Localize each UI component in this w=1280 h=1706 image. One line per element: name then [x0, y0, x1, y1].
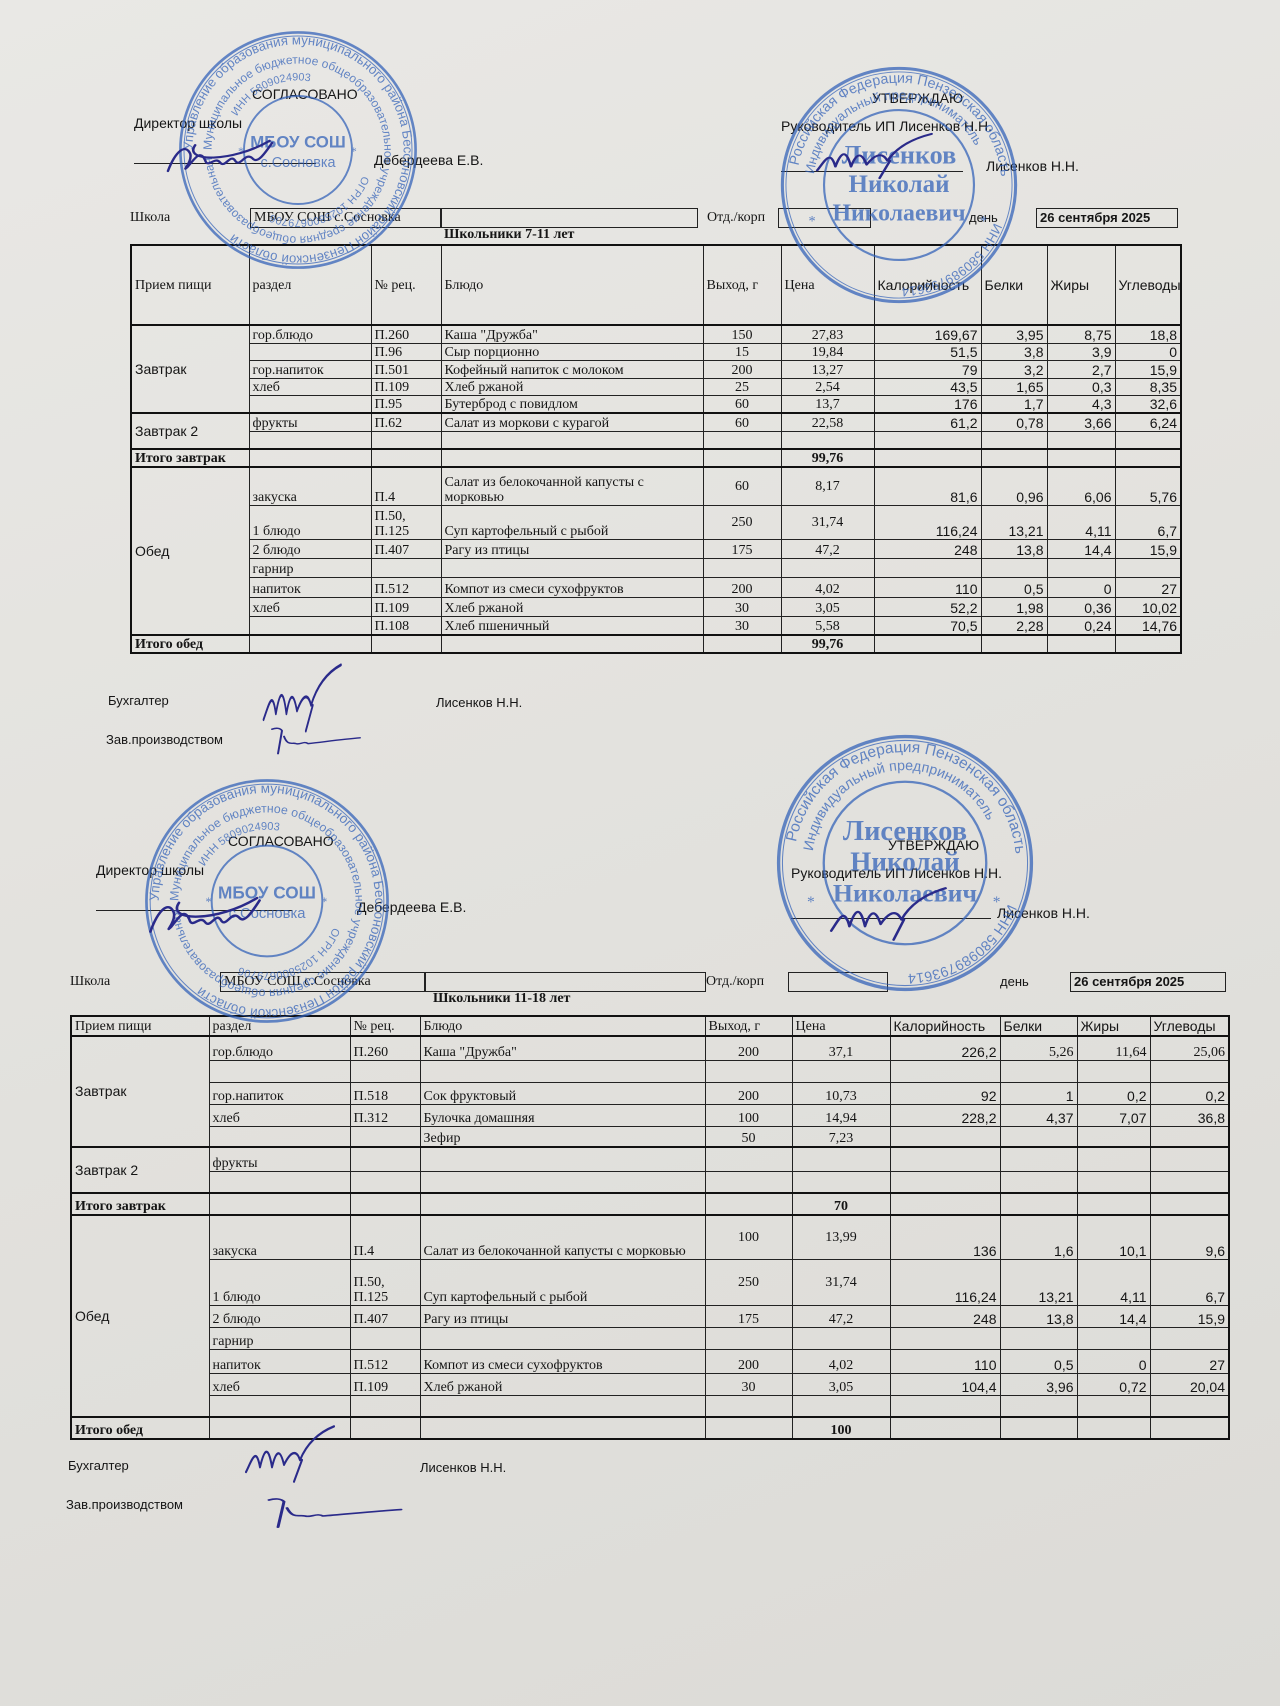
cell-yield: 60	[703, 395, 781, 413]
column-header: Белки	[1000, 1016, 1077, 1036]
production-manager-label: Зав.производством	[106, 732, 223, 747]
cell-price	[792, 1171, 890, 1193]
cell-recipe: П.109	[371, 378, 441, 395]
table-row: 2 блюдоП.407Рагу из птицы17547,224813,81…	[71, 1305, 1229, 1327]
cell-yield	[705, 1327, 792, 1349]
cell-recipe: П.96	[371, 343, 441, 360]
cell-price: 13,7	[781, 395, 874, 413]
cell-recipe	[371, 558, 441, 577]
empty-cell	[1000, 1193, 1077, 1215]
cell-section: гарнир	[209, 1327, 350, 1349]
cell-fat: 0,24	[1047, 616, 1115, 635]
director-role-label: Директор школы	[134, 115, 242, 131]
school-label: Школа	[70, 974, 110, 990]
column-header: Жиры	[1077, 1016, 1150, 1036]
empty-cell	[420, 1193, 705, 1215]
cell-recipe: П.4	[350, 1215, 420, 1259]
svg-text:МБОУ СОШ: МБОУ СОШ	[218, 883, 316, 903]
meal-label: Завтрак	[71, 1036, 209, 1147]
svg-text:МБОУ СОШ: МБОУ СОШ	[250, 133, 345, 152]
cell-recipe: П.518	[350, 1082, 420, 1104]
cell-price: 4,02	[781, 577, 874, 597]
empty-cell	[1077, 1417, 1150, 1439]
table-row: 1 блюдоП.50, П.125Суп картофельный с рыб…	[71, 1259, 1229, 1305]
empty-cell	[1115, 635, 1181, 653]
cell-kcal: 169,67	[874, 325, 981, 343]
cell-dish: Хлеб ржаной	[420, 1373, 705, 1395]
empty-cell	[705, 1193, 792, 1215]
empty-cell	[1000, 1417, 1077, 1439]
cell-dish: Хлеб пшеничный	[441, 616, 703, 635]
cell-kcal: 116,24	[874, 505, 981, 539]
cell-fat: 4,11	[1077, 1259, 1150, 1305]
cell-dish	[441, 431, 703, 449]
cell-price	[781, 431, 874, 449]
cell-carbs: 0	[1115, 343, 1181, 360]
cell-kcal	[890, 1171, 1000, 1193]
day-label: день	[1000, 974, 1029, 989]
cell-recipe: П.501	[371, 360, 441, 378]
cell-protein	[1000, 1171, 1077, 1193]
column-header: Блюдо	[420, 1016, 705, 1036]
cell-yield: 200	[703, 577, 781, 597]
table-row: хлебП.109Хлеб ржаной303,0552,21,980,3610…	[131, 597, 1181, 616]
empty-cell	[890, 1417, 1000, 1439]
cell-yield: 15	[703, 343, 781, 360]
cell-protein	[1000, 1327, 1077, 1349]
cell-recipe	[350, 1395, 420, 1417]
cell-carbs: 32,6	[1115, 395, 1181, 413]
cell-kcal: 110	[890, 1349, 1000, 1373]
table-row: гарнир	[71, 1327, 1229, 1349]
accountant-signature	[260, 662, 348, 734]
cell-fat	[1077, 1327, 1150, 1349]
cell-fat: 11,64	[1077, 1036, 1150, 1060]
cell-carbs	[1115, 431, 1181, 449]
cell-kcal: 43,5	[874, 378, 981, 395]
cell-recipe	[350, 1171, 420, 1193]
accountant-name: Лисенков Н.Н.	[436, 695, 522, 710]
cell-yield: 175	[705, 1305, 792, 1327]
table-row: Завтракгор.блюдоП.260Каша "Дружба"20037,…	[71, 1036, 1229, 1060]
total-price: 70	[792, 1193, 890, 1215]
cell-yield: 30	[703, 597, 781, 616]
cell-carbs	[1150, 1395, 1229, 1417]
cell-price: 22,58	[781, 413, 874, 431]
school-field-extra	[440, 208, 698, 228]
cell-carbs: 5,76	[1115, 467, 1181, 505]
production-manager-label: Зав.производством	[66, 1497, 183, 1512]
cell-fat: 0,2	[1077, 1082, 1150, 1104]
cell-dish	[420, 1327, 705, 1349]
cell-price: 37,1	[792, 1036, 890, 1060]
cell-yield: 200	[703, 360, 781, 378]
cell-protein	[981, 431, 1047, 449]
approval-left-title: СОГЛАСОВАНО	[228, 833, 334, 849]
empty-cell	[1047, 449, 1115, 467]
cell-protein	[1000, 1395, 1077, 1417]
empty-cell	[1077, 1193, 1150, 1215]
cell-yield: 200	[705, 1082, 792, 1104]
cell-protein: 4,37	[1000, 1104, 1077, 1126]
table-row: гор.напитокП.501Кофейный напиток с молок…	[131, 360, 1181, 378]
cell-section: фрукты	[249, 413, 371, 431]
total-label: Итого обед	[131, 635, 249, 653]
cell-protein	[1000, 1060, 1077, 1082]
svg-text:*: *	[238, 144, 244, 158]
cell-yield: 250	[703, 505, 781, 539]
cell-carbs: 25,06	[1150, 1036, 1229, 1060]
manager-name: Лисенков Н.Н.	[986, 158, 1079, 174]
empty-cell	[441, 635, 703, 653]
cell-dish	[420, 1060, 705, 1082]
menu-table: Прием пищираздел№ рец.БлюдоВыход, гЦенаК…	[70, 1015, 1230, 1440]
director-role-label: Директор школы	[96, 862, 204, 878]
cell-kcal	[890, 1327, 1000, 1349]
cell-carbs	[1150, 1147, 1229, 1171]
cell-fat	[1077, 1060, 1150, 1082]
empty-cell	[890, 1193, 1000, 1215]
empty-cell	[371, 635, 441, 653]
school-seal-stamp: Управление образования муниципального ра…	[178, 30, 418, 270]
cell-recipe: П.95	[371, 395, 441, 413]
table-row: хлебП.109Хлеб ржаной303,05104,43,960,722…	[71, 1373, 1229, 1395]
cell-dish	[420, 1147, 705, 1171]
meal-label: Завтрак 2	[131, 413, 249, 449]
table-row: ОбедзакускаП.4Салат из белокочанной капу…	[71, 1215, 1229, 1259]
cell-fat	[1077, 1147, 1150, 1171]
cell-price: 19,84	[781, 343, 874, 360]
cell-price: 3,05	[781, 597, 874, 616]
table-title: Школьники 7-11 лет	[444, 227, 574, 243]
cell-yield	[703, 431, 781, 449]
cell-carbs	[1115, 558, 1181, 577]
empty-cell	[1115, 449, 1181, 467]
cell-fat	[1077, 1171, 1150, 1193]
cell-yield	[705, 1171, 792, 1193]
column-header: Углеводы	[1115, 245, 1181, 325]
cell-recipe: П.109	[350, 1373, 420, 1395]
cell-price: 27,83	[781, 325, 874, 343]
cell-section: 1 блюдо	[209, 1259, 350, 1305]
cell-price: 8,17	[781, 467, 874, 505]
total-row: Итого завтрак70	[71, 1193, 1229, 1215]
cell-recipe	[350, 1327, 420, 1349]
cell-dish: Хлеб ржаной	[441, 378, 703, 395]
table-row: Завтрак 2фруктыП.62Салат из моркови с ку…	[131, 413, 1181, 431]
cell-dish: Зефир	[420, 1126, 705, 1147]
cell-fat: 0,36	[1047, 597, 1115, 616]
cell-price: 31,74	[781, 505, 874, 539]
cell-kcal	[890, 1126, 1000, 1147]
cell-fat: 10,1	[1077, 1215, 1150, 1259]
cell-section	[209, 1395, 350, 1417]
manager-signature	[826, 886, 956, 942]
cell-kcal: 226,2	[890, 1036, 1000, 1060]
cell-protein: 0,5	[981, 577, 1047, 597]
cell-recipe: П.407	[371, 539, 441, 558]
cell-price	[792, 1395, 890, 1417]
cell-kcal: 176	[874, 395, 981, 413]
cell-carbs: 15,9	[1115, 539, 1181, 558]
cell-dish: Бутерброд с повидлом	[441, 395, 703, 413]
cell-price: 31,74	[792, 1259, 890, 1305]
cell-price: 2,54	[781, 378, 874, 395]
cell-carbs: 8,35	[1115, 378, 1181, 395]
cell-kcal: 136	[890, 1215, 1000, 1259]
cell-protein: 3,2	[981, 360, 1047, 378]
cell-recipe: П.109	[371, 597, 441, 616]
department-label: Отд./корп	[707, 210, 765, 226]
cell-section: закуска	[209, 1215, 350, 1259]
empty-cell	[441, 449, 703, 467]
cell-recipe: П.512	[371, 577, 441, 597]
cell-fat: 6,06	[1047, 467, 1115, 505]
empty-cell	[703, 635, 781, 653]
cell-yield: 30	[705, 1373, 792, 1395]
accountant-label: Бухгалтер	[108, 693, 169, 708]
cell-kcal	[874, 431, 981, 449]
column-header: Цена	[781, 245, 874, 325]
cell-yield: 30	[703, 616, 781, 635]
cell-yield: 50	[705, 1126, 792, 1147]
cell-carbs: 6,24	[1115, 413, 1181, 431]
total-label: Итого обед	[71, 1417, 209, 1439]
cell-yield	[705, 1147, 792, 1171]
cell-kcal: 70,5	[874, 616, 981, 635]
cell-price: 14,94	[792, 1104, 890, 1126]
empty-cell	[874, 449, 981, 467]
cell-price: 47,2	[792, 1305, 890, 1327]
column-header: № рец.	[350, 1016, 420, 1036]
table-row: 2 блюдоП.407Рагу из птицы17547,224813,81…	[131, 539, 1181, 558]
cell-dish: Хлеб ржаной	[441, 597, 703, 616]
cell-recipe	[350, 1147, 420, 1171]
total-price: 99,76	[781, 635, 874, 653]
cell-protein: 3,95	[981, 325, 1047, 343]
empty-cell	[1150, 1417, 1229, 1439]
cell-section: напиток	[249, 577, 371, 597]
cell-carbs: 27	[1115, 577, 1181, 597]
table-row	[131, 431, 1181, 449]
svg-text:Лисенков: Лисенков	[842, 141, 957, 170]
cell-price	[792, 1060, 890, 1082]
cell-dish: Компот из смеси сухофруктов	[441, 577, 703, 597]
cell-section	[209, 1126, 350, 1147]
department-label: Отд./корп	[706, 974, 764, 990]
cell-section: гор.блюдо	[209, 1036, 350, 1060]
cell-section: закуска	[249, 467, 371, 505]
cell-yield: 200	[705, 1349, 792, 1373]
meal-label: Обед	[71, 1215, 209, 1417]
cell-carbs: 14,76	[1115, 616, 1181, 635]
cell-dish: Компот из смеси сухофруктов	[420, 1349, 705, 1373]
director-name: Дебердеева Е.В.	[374, 152, 483, 168]
cell-fat: 3,9	[1047, 343, 1115, 360]
production-manager-signature	[254, 1492, 404, 1532]
cell-fat: 0	[1077, 1349, 1150, 1373]
table-row: ОбедзакускаП.4Салат из белокочанной капу…	[131, 467, 1181, 505]
column-header: Калорийность	[874, 245, 981, 325]
cell-recipe: П.62	[371, 413, 441, 431]
table-row: П.96Сыр порционно1519,8451,53,83,90	[131, 343, 1181, 360]
cell-carbs	[1150, 1060, 1229, 1082]
table-row	[71, 1060, 1229, 1082]
cell-kcal: 61,2	[874, 413, 981, 431]
total-row: Итого обед99,76	[131, 635, 1181, 653]
manager-signature-line	[791, 918, 991, 919]
total-row: Итого обед100	[71, 1417, 1229, 1439]
cell-section: 1 блюдо	[249, 505, 371, 539]
column-header: Калорийность	[890, 1016, 1000, 1036]
cell-fat: 7,07	[1077, 1104, 1150, 1126]
cell-recipe	[371, 431, 441, 449]
column-header: № рец.	[371, 245, 441, 325]
manager-signature	[812, 132, 942, 180]
cell-fat: 4,3	[1047, 395, 1115, 413]
meal-label: Обед	[131, 467, 249, 635]
cell-recipe: П.50, П.125	[371, 505, 441, 539]
cell-recipe	[350, 1060, 420, 1082]
cell-section: гор.блюдо	[249, 325, 371, 343]
cell-section	[249, 395, 371, 413]
cell-fat	[1077, 1126, 1150, 1147]
empty-cell	[249, 449, 371, 467]
cell-section: фрукты	[209, 1147, 350, 1171]
production-manager-signature	[262, 722, 362, 758]
cell-kcal	[890, 1060, 1000, 1082]
cell-dish	[441, 558, 703, 577]
cell-yield: 60	[703, 413, 781, 431]
table-row: хлебП.109Хлеб ржаной252,5443,51,650,38,3…	[131, 378, 1181, 395]
cell-carbs: 10,02	[1115, 597, 1181, 616]
cell-fat	[1047, 431, 1115, 449]
empty-cell	[350, 1417, 420, 1439]
manager-role-label: Руководитель ИП Лисенков Н.Н.	[791, 865, 1002, 881]
empty-cell	[249, 635, 371, 653]
cell-protein: 13,8	[1000, 1305, 1077, 1327]
cell-protein: 13,8	[981, 539, 1047, 558]
cell-dish: Салат из моркови с курагой	[441, 413, 703, 431]
cell-carbs	[1150, 1171, 1229, 1193]
cell-section: хлеб	[249, 597, 371, 616]
cell-yield: 175	[703, 539, 781, 558]
cell-yield: 150	[703, 325, 781, 343]
cell-protein: 2,28	[981, 616, 1047, 635]
cell-recipe: П.260	[350, 1036, 420, 1060]
empty-cell	[874, 635, 981, 653]
cell-dish: Сыр порционно	[441, 343, 703, 360]
cell-recipe: П.50, П.125	[350, 1259, 420, 1305]
total-label: Итого завтрак	[131, 449, 249, 467]
cell-section	[209, 1171, 350, 1193]
cell-kcal: 116,24	[890, 1259, 1000, 1305]
svg-text:Николай: Николай	[849, 171, 950, 198]
cell-yield	[703, 558, 781, 577]
cell-dish: Суп картофельный с рыбой	[420, 1259, 705, 1305]
cell-carbs: 0,2	[1150, 1082, 1229, 1104]
cell-carbs: 20,04	[1150, 1373, 1229, 1395]
empty-cell	[1047, 635, 1115, 653]
cell-kcal: 248	[874, 539, 981, 558]
total-price: 99,76	[781, 449, 874, 467]
cell-section: гор.напиток	[249, 360, 371, 378]
meal-label: Завтрак 2	[71, 1147, 209, 1193]
table-header-row: Прием пищираздел№ рец.БлюдоВыход, гЦенаК…	[131, 245, 1181, 325]
svg-text:*: *	[807, 894, 815, 911]
cell-dish: Салат из белокочанной капусты с морковью	[441, 467, 703, 505]
cell-section	[249, 616, 371, 635]
cell-kcal	[890, 1147, 1000, 1171]
cell-dish: Рагу из птицы	[420, 1305, 705, 1327]
cell-kcal	[890, 1395, 1000, 1417]
total-price: 100	[792, 1417, 890, 1439]
table-row	[71, 1171, 1229, 1193]
cell-carbs	[1150, 1126, 1229, 1147]
column-header: Блюдо	[441, 245, 703, 325]
director-signature-line	[134, 163, 316, 164]
cell-section: хлеб	[209, 1104, 350, 1126]
svg-text:*: *	[321, 895, 327, 909]
meal-label: Завтрак	[131, 325, 249, 413]
cell-section: 2 блюдо	[249, 539, 371, 558]
school-field-extra	[424, 972, 706, 992]
column-header: раздел	[209, 1016, 350, 1036]
cell-recipe: П.407	[350, 1305, 420, 1327]
menu-table: Прием пищираздел№ рец.БлюдоВыход, гЦенаК…	[130, 244, 1182, 654]
cell-fat: 0,72	[1077, 1373, 1150, 1395]
cell-fat	[1077, 1395, 1150, 1417]
cell-price: 4,02	[792, 1349, 890, 1373]
cell-yield	[705, 1395, 792, 1417]
cell-yield: 100	[705, 1104, 792, 1126]
table-title: Школьники 11-18 лет	[433, 991, 570, 1007]
ip-seal-stamp: Российская Федерация Пензенская область …	[776, 734, 1034, 992]
cell-carbs: 6,7	[1150, 1259, 1229, 1305]
svg-text:с.Сосновка: с.Сосновка	[229, 906, 307, 922]
cell-section	[249, 343, 371, 360]
approval-left-title: СОГЛАСОВАНО	[252, 86, 358, 102]
column-header: Цена	[792, 1016, 890, 1036]
empty-cell	[703, 449, 781, 467]
cell-protein: 3,96	[1000, 1373, 1077, 1395]
column-header: Прием пищи	[131, 245, 249, 325]
cell-price: 7,23	[792, 1126, 890, 1147]
empty-cell	[705, 1417, 792, 1439]
cell-carbs: 6,7	[1115, 505, 1181, 539]
cell-dish: Каша "Дружба"	[441, 325, 703, 343]
cell-price: 13,27	[781, 360, 874, 378]
cell-protein: 1,7	[981, 395, 1047, 413]
school-label: Школа	[130, 210, 170, 226]
cell-kcal: 110	[874, 577, 981, 597]
cell-fat: 8,75	[1047, 325, 1115, 343]
cell-kcal: 248	[890, 1305, 1000, 1327]
cell-dish: Салат из белокочанной капусты с морковью	[420, 1215, 705, 1259]
cell-kcal: 79	[874, 360, 981, 378]
empty-cell	[981, 635, 1047, 653]
cell-fat: 3,66	[1047, 413, 1115, 431]
table-row: напитокП.512Компот из смеси сухофруктов2…	[131, 577, 1181, 597]
cell-price: 5,58	[781, 616, 874, 635]
cell-kcal	[874, 558, 981, 577]
date-field: 26 сентября 2025	[1070, 972, 1226, 992]
column-header: Выход, г	[703, 245, 781, 325]
table-row	[71, 1395, 1229, 1417]
cell-recipe: П.4	[371, 467, 441, 505]
cell-protein: 13,21	[1000, 1259, 1077, 1305]
cell-fat: 14,4	[1077, 1305, 1150, 1327]
